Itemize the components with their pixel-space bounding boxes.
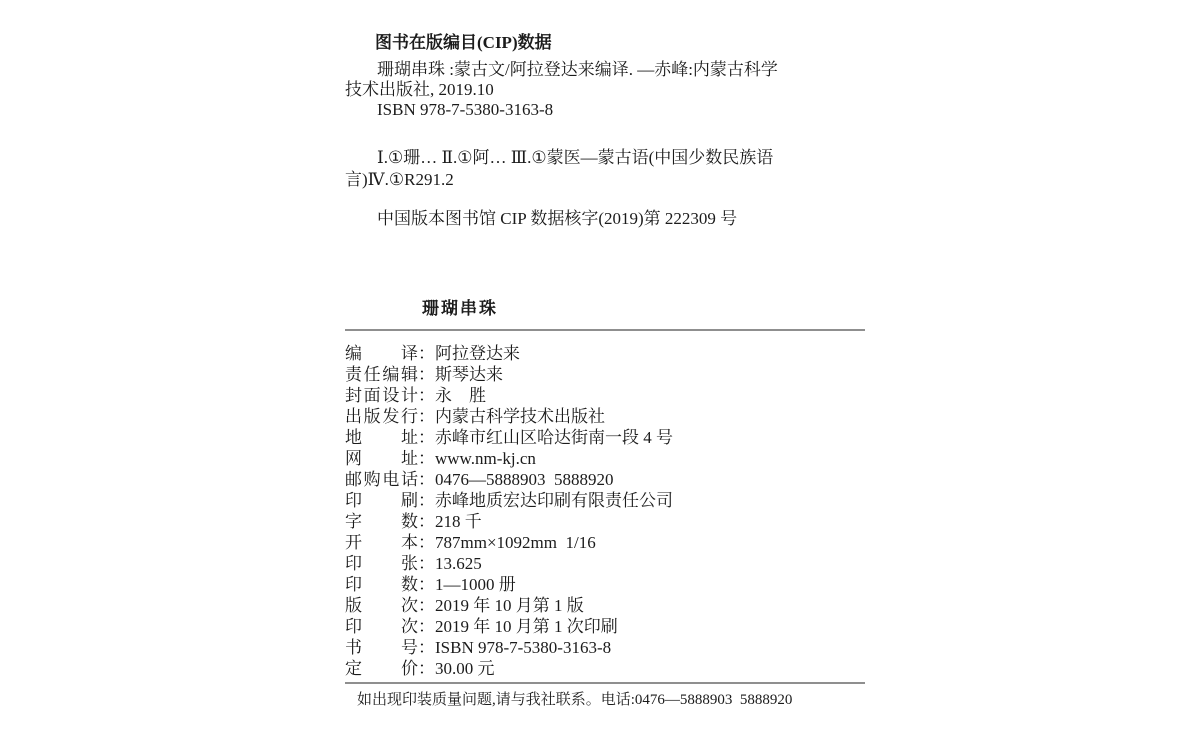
row-value: 787mm×1092mm 1/16 xyxy=(435,532,865,553)
row-colon: ： xyxy=(418,595,435,616)
colophon-page: 图书在版编目(CIP)数据 珊瑚串珠 :蒙古文/阿拉登达来编译. —赤峰:内蒙古… xyxy=(345,0,865,756)
row-label: 责任编辑 xyxy=(345,364,418,385)
row-label: 定价 xyxy=(345,658,418,679)
row-print-run: 印数：1—1000 册 xyxy=(345,574,865,595)
row-label: 书号 xyxy=(345,637,418,658)
row-translator: 编译：阿拉登达来 xyxy=(345,343,865,364)
row-value: 13.625 xyxy=(435,553,865,574)
row-colon: ： xyxy=(418,511,435,532)
cip-classification-line2: 言)Ⅳ.①R291.2 xyxy=(345,169,865,191)
cip-description-line1: 珊瑚串珠 :蒙古文/阿拉登达来编译. —赤峰:内蒙古科学 xyxy=(345,60,865,80)
row-value: ISBN 978-7-5380-3163-8 xyxy=(435,637,865,658)
row-colon: ： xyxy=(418,574,435,595)
isbn-line: ISBN 978-7-5380-3163-8 xyxy=(345,100,865,120)
row-impression: 印次：2019 年 10 月第 1 次印刷 xyxy=(345,616,865,637)
divider-bottom xyxy=(345,682,865,684)
row-book-number: 书号：ISBN 978-7-5380-3163-8 xyxy=(345,637,865,658)
cip-classification: Ⅰ.①珊… Ⅱ.①阿… Ⅲ.①蒙医—蒙古语(中国少数民族语 言)Ⅳ.①R291.… xyxy=(345,147,865,191)
row-colon: ： xyxy=(418,532,435,553)
row-label: 地址 xyxy=(345,427,418,448)
row-colon: ： xyxy=(418,343,435,364)
row-colon: ： xyxy=(418,658,435,679)
book-title: 珊瑚串珠 xyxy=(345,297,865,321)
cip-classification-line1: Ⅰ.①珊… Ⅱ.①阿… Ⅲ.①蒙医—蒙古语(中国少数民族语 xyxy=(345,147,865,169)
row-value: www.nm-kj.cn xyxy=(435,448,865,469)
row-value: 2019 年 10 月第 1 版 xyxy=(435,595,865,616)
row-label: 印次 xyxy=(345,616,418,637)
row-label: 印数 xyxy=(345,574,418,595)
row-word-count: 字数：218 千 xyxy=(345,511,865,532)
cip-heading: 图书在版编目(CIP)数据 xyxy=(345,33,865,53)
row-colon: ： xyxy=(418,553,435,574)
row-label: 印刷 xyxy=(345,490,418,511)
row-value: 2019 年 10 月第 1 次印刷 xyxy=(435,616,865,637)
row-label: 出版发行 xyxy=(345,406,418,427)
row-colon: ： xyxy=(418,427,435,448)
row-website: 网址：www.nm-kj.cn xyxy=(345,448,865,469)
row-value: 阿拉登达来 xyxy=(435,343,865,364)
row-colon: ： xyxy=(418,385,435,406)
row-value: 斯琴达来 xyxy=(435,364,865,385)
cip-record-number: 中国版本图书馆 CIP 数据核字(2019)第 222309 号 xyxy=(345,209,865,229)
row-label: 字数 xyxy=(345,511,418,532)
row-mail-order-phone: 邮购电话：0476—5888903 5888920 xyxy=(345,469,865,490)
cip-description-line2: 技术出版社, 2019.10 xyxy=(345,80,865,100)
row-printer: 印刷：赤峰地质宏达印刷有限责任公司 xyxy=(345,490,865,511)
divider-top xyxy=(345,329,865,331)
cip-description: 珊瑚串珠 :蒙古文/阿拉登达来编译. —赤峰:内蒙古科学 技术出版社, 2019… xyxy=(345,60,865,120)
row-price: 定价：30.00 元 xyxy=(345,658,865,679)
row-label: 编译 xyxy=(345,343,418,364)
row-label: 网址 xyxy=(345,448,418,469)
row-cover-design: 封面设计：永 胜 xyxy=(345,385,865,406)
row-label: 版次 xyxy=(345,595,418,616)
row-colon: ： xyxy=(418,616,435,637)
row-value: 0476—5888903 5888920 xyxy=(435,469,865,490)
row-label: 开本 xyxy=(345,532,418,553)
row-edition: 版次：2019 年 10 月第 1 版 xyxy=(345,595,865,616)
row-label: 印张 xyxy=(345,553,418,574)
row-value: 1—1000 册 xyxy=(435,574,865,595)
row-publisher: 出版发行：内蒙古科学技术出版社 xyxy=(345,406,865,427)
row-label: 邮购电话 xyxy=(345,469,418,490)
row-address: 地址：赤峰市红山区哈达街南一段 4 号 xyxy=(345,427,865,448)
row-format: 开本：787mm×1092mm 1/16 xyxy=(345,532,865,553)
row-colon: ： xyxy=(418,637,435,658)
quality-notice: 如出现印装质量问题,请与我社联系。电话:0476—5888903 5888920 xyxy=(345,691,865,710)
row-responsible-editor: 责任编辑：斯琴达来 xyxy=(345,364,865,385)
publication-info-list: 编译：阿拉登达来 责任编辑：斯琴达来 封面设计：永 胜 出版发行：内蒙古科学技术… xyxy=(345,343,865,679)
row-colon: ： xyxy=(418,448,435,469)
row-value: 赤峰地质宏达印刷有限责任公司 xyxy=(435,490,865,511)
row-colon: ： xyxy=(418,406,435,427)
row-value: 永 胜 xyxy=(435,385,865,406)
row-value: 218 千 xyxy=(435,511,865,532)
row-colon: ： xyxy=(418,469,435,490)
row-colon: ： xyxy=(418,364,435,385)
row-printed-sheets: 印张：13.625 xyxy=(345,553,865,574)
row-colon: ： xyxy=(418,490,435,511)
row-value: 内蒙古科学技术出版社 xyxy=(435,406,865,427)
row-value: 赤峰市红山区哈达街南一段 4 号 xyxy=(435,427,865,448)
row-label: 封面设计 xyxy=(345,385,418,406)
row-value: 30.00 元 xyxy=(435,658,865,679)
